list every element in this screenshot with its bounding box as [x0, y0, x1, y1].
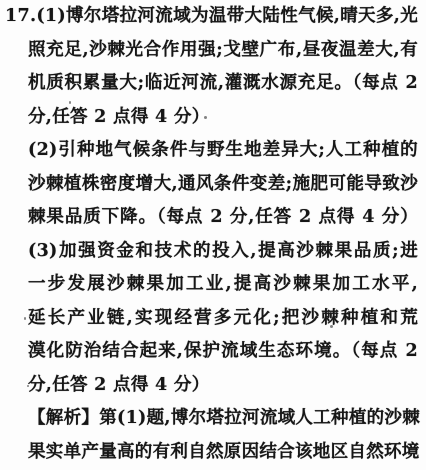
text-line: 延长产业链,实现经营多元化;把沙棘种植和荒	[28, 302, 418, 336]
text-line: (3)加强资金和技术的投入,提高沙棘果品质;进	[28, 235, 418, 269]
text-line: 棘果品质下降。（每点 2 分,任答 2 点得 4 分）	[28, 201, 418, 235]
text-line: 分,任答 2 点得 4 分）	[28, 369, 418, 403]
scanned-answer-page: 17.(1)博尔塔拉河流域为温带大陆性气候,晴天多,光 照充足,沙棘光合作用强;…	[0, 0, 426, 470]
text-line: 漠化防治结合起来,保护流域生态环境。（每点 2	[28, 335, 418, 369]
answer-part-3: (3)加强资金和技术的投入,提高沙棘果品质;进 一步发展沙棘果加工业,提高沙棘果…	[28, 235, 418, 403]
answer-text-block: 17.(1)博尔塔拉河流域为温带大陆性气候,晴天多,光 照充足,沙棘光合作用强;…	[0, 0, 426, 469]
scan-artifact	[118, 380, 120, 382]
text-line: 17.(1)博尔塔拉河流域为温带大陆性气候,晴天多,光	[5, 0, 418, 34]
analysis-section: 【解析】第(1)题,博尔塔拉河流域人工种植的沙棘 果实单产量高的有利自然原因结合…	[28, 402, 418, 469]
scan-artifact	[69, 101, 71, 104]
text-line: 果实单产量高的有利自然原因结合该地区自然环境	[28, 436, 418, 470]
text-line: 照充足,沙棘光合作用强;戈壁广布,昼夜温差大,有	[28, 34, 418, 68]
text-line: 一步发展沙棘果加工业,提高沙棘果加工水平,	[28, 268, 418, 302]
scan-artifact	[27, 385, 29, 387]
scan-artifact	[24, 317, 26, 320]
text-line: 【解析】第(1)题,博尔塔拉河流域人工种植的沙棘	[28, 402, 418, 436]
answer-part-1: 17.(1)博尔塔拉河流域为温带大陆性气候,晴天多,光 照充足,沙棘光合作用强;…	[28, 0, 418, 134]
text-line: 沙棘植株密度增大,通风条件变差;施肥可能导致沙	[28, 168, 418, 202]
text-line: 机质积累量大;临近河流,灌溉水源充足。（每点 2	[28, 67, 418, 101]
text-line: (2)引种地气候条件与野生地差异大;人工种植的	[28, 134, 418, 168]
answer-part-2: (2)引种地气候条件与野生地差异大;人工种植的 沙棘植株密度增大,通风条件变差;…	[28, 134, 418, 235]
scan-artifact	[204, 116, 207, 119]
scan-artifact	[330, 325, 333, 328]
text-line: 分,任答 2 点得 4 分）	[28, 101, 418, 135]
